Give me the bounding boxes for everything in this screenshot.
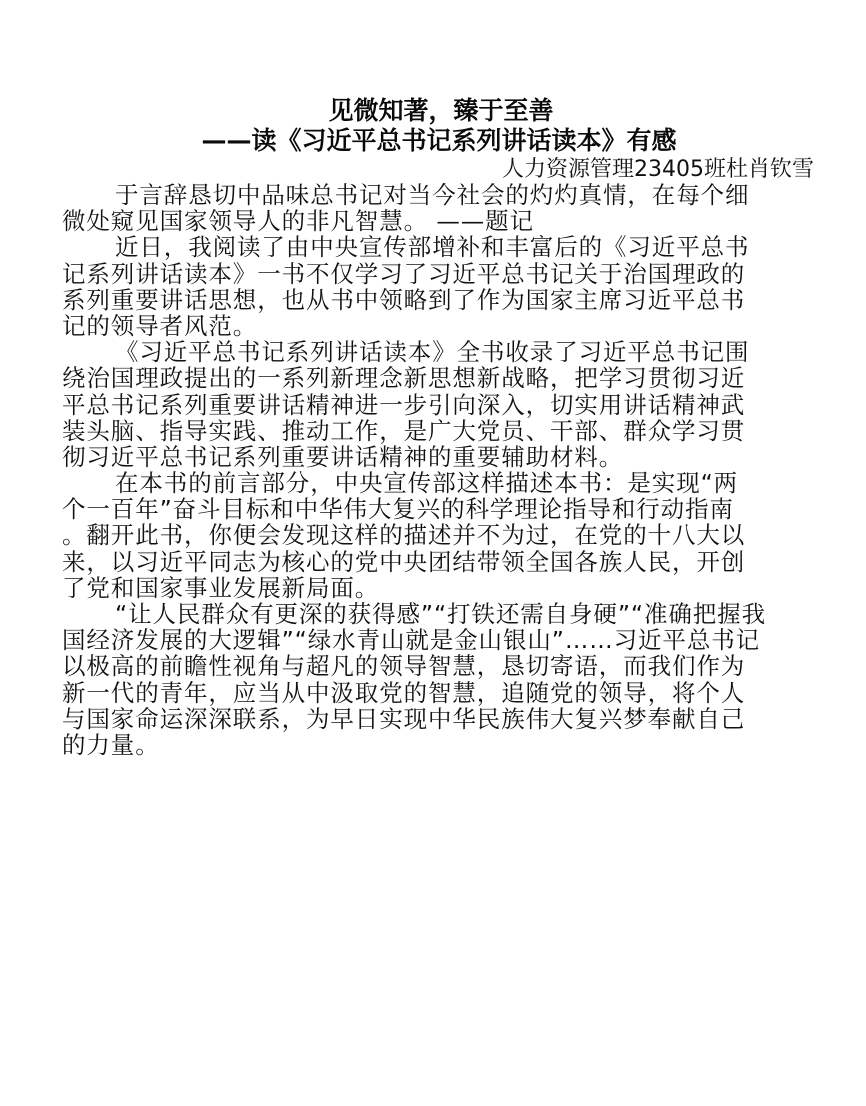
text-line: 。翻开此书，你便会发现这样的描述并不为过，在党的十八大以 <box>62 522 822 548</box>
document-page: 见微知著，臻于至善 ——读《习近平总书记系列讲话读本》有感 人力资源管理2340… <box>0 0 866 1106</box>
text-line: 系列重要讲话思想，也从书中领略到了作为国家主席习近平总书 <box>62 287 822 313</box>
text-line: 国经济发展的大逻辑”“绿水青山就是金山银山”……习近平总书记 <box>62 627 822 653</box>
text-line: 与国家命运深深联系，为早日实现中华民族伟大复兴梦奉献自己 <box>62 706 822 732</box>
document-title: 见微知著，臻于至善 <box>8 96 866 126</box>
text-line: 了党和国家事业发展新局面。 <box>62 575 822 601</box>
text-line: 微处窥见国家领导人的非凡智慧。 ——题记 <box>62 208 822 234</box>
text-line: 于言辞恳切中品味总书记对当今社会的灼灼真情，在每个细 <box>62 182 822 208</box>
text-line: 绕治国理政提出的一系列新理念新思想新战略，把学习贯彻习近 <box>62 365 822 391</box>
author-line: 人力资源管理23405班杜肖钦雪 <box>502 156 814 184</box>
text-line: 个一百年”奋斗目标和中华伟大复兴的科学理论指导和行动指南 <box>62 496 822 522</box>
text-line: 记系列讲话读本》一书不仅学习了习近平总书记关于治国理政的 <box>62 261 822 287</box>
text-line: “让人民群众有更深的获得感”“打铁还需自身硬”“准确把握我 <box>62 601 822 627</box>
text-line: 平总书记系列重要讲话精神进一步引向深入，切实用讲话精神武 <box>62 392 822 418</box>
text-line: 的力量。 <box>62 732 822 758</box>
text-line: 来，以习近平同志为核心的党中央团结带领全国各族人民，开创 <box>62 549 822 575</box>
text-line: 记的领导者风范。 <box>62 313 822 339</box>
text-line: 《习近平总书记系列讲话读本》全书收录了习近平总书记围 <box>62 339 822 365</box>
text-line: 装头脑、指导实践、推动工作，是广大党员、干部、群众学习贯 <box>62 418 822 444</box>
text-line: 近日，我阅读了由中央宣传部增补和丰富后的《习近平总书 <box>62 234 822 260</box>
text-line: 新一代的青年，应当从中汲取党的智慧，追随党的领导，将个人 <box>62 680 822 706</box>
text-line: 以极高的前瞻性视角与超凡的领导智慧，恳切寄语，而我们作为 <box>62 653 822 679</box>
text-line: 在本书的前言部分，中央宣传部这样描述本书：是实现“两 <box>62 470 822 496</box>
document-subtitle: ——读《习近平总书记系列讲话读本》有感 <box>6 126 866 156</box>
document-body: 于言辞恳切中品味总书记对当今社会的灼灼真情，在每个细微处窥见国家领导人的非凡智慧… <box>62 182 822 758</box>
text-line: 彻习近平总书记系列重要讲话精神的重要辅助材料。 <box>62 444 822 470</box>
